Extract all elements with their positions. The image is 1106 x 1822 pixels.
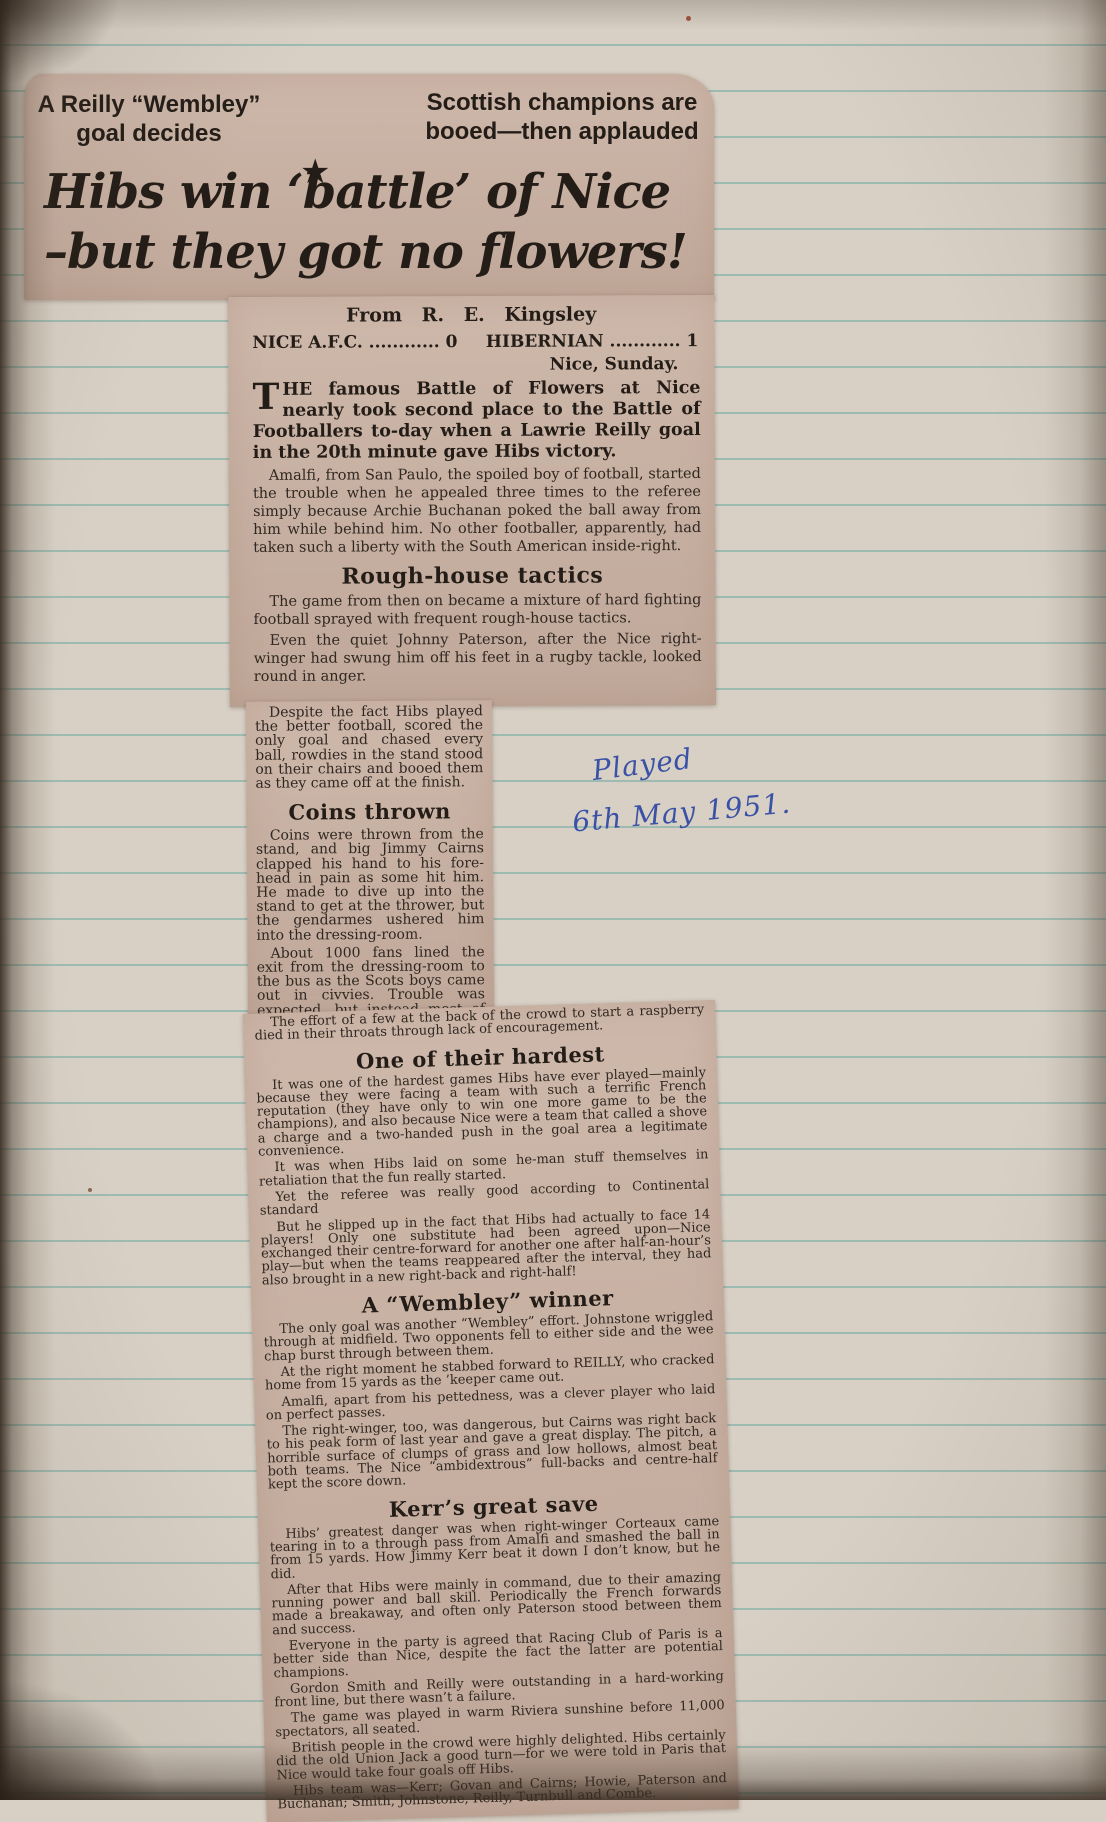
main-headline: Hibs win ‘battle’ of Nice –but they got …: [44, 162, 706, 282]
kicker-left-line2: goal decides: [30, 119, 268, 148]
paper-speck: [88, 1188, 92, 1192]
article-paragraph: Despite the fact Hibs played the better …: [246, 704, 493, 791]
kicker-right-line2: booed—then applauded: [412, 117, 712, 146]
crosshead-coins-thrown: Coins thrown: [247, 798, 493, 825]
scrapbook-page: A Reilly “Wembley” goal decides ★ Scotti…: [0, 0, 1106, 1800]
kicker-right: Scottish champions are booed—then applau…: [412, 88, 712, 147]
dateline: Nice, Sunday.: [228, 354, 714, 376]
kicker-right-line1: Scottish champions are: [412, 88, 712, 117]
article-paragraph: The right-winger, too, was dangerous, bu…: [255, 1412, 729, 1492]
clipping-narrow-column: Despite the fact Hibs played the better …: [246, 700, 494, 1024]
article-paragraph: But he slipped up in the fact that Hibs …: [249, 1207, 723, 1287]
lead-paragraph: THE famous Battle of Flowers at Nice nea…: [228, 378, 714, 464]
kicker-left-line1: A Reilly “Wembley”: [30, 90, 268, 119]
clipping-headline-block: A Reilly “Wembley” goal decides ★ Scotti…: [24, 74, 714, 300]
article-paragraph: Even the quiet Johnny Paterson, after th…: [230, 630, 716, 686]
kicker-left: A Reilly “Wembley” goal decides: [30, 90, 268, 149]
article-paragraph: Amalfi, from San Paulo, the spoiled boy …: [229, 465, 715, 557]
headline-line2: –but they got no flowers!: [44, 222, 706, 282]
paper-speck: [686, 16, 691, 21]
clipping-intro-block: From R. E. Kingsley NICE A.F.C. ........…: [228, 295, 716, 707]
crosshead-rough-house: Rough-house tactics: [229, 562, 715, 590]
clipping-bottom-block: The effort of a few at the back of the c…: [243, 1000, 739, 1800]
score-away: HIBERNIAN ............ 1: [486, 331, 698, 352]
score-home: NICE A.F.C. ............ 0: [252, 332, 457, 353]
headline-line1: Hibs win ‘battle’ of Nice: [44, 162, 706, 222]
byline: From R. E. Kingsley: [228, 303, 714, 327]
score-line: NICE A.F.C. ............ 0 HIBERNIAN ...…: [228, 325, 714, 353]
article-paragraph: Coins were thrown from the stand, and bi…: [247, 827, 494, 942]
article-paragraph: The game from then on became a mixture o…: [229, 591, 715, 629]
article-paragraph: It was one of the hardest games Hibs hav…: [245, 1066, 719, 1160]
